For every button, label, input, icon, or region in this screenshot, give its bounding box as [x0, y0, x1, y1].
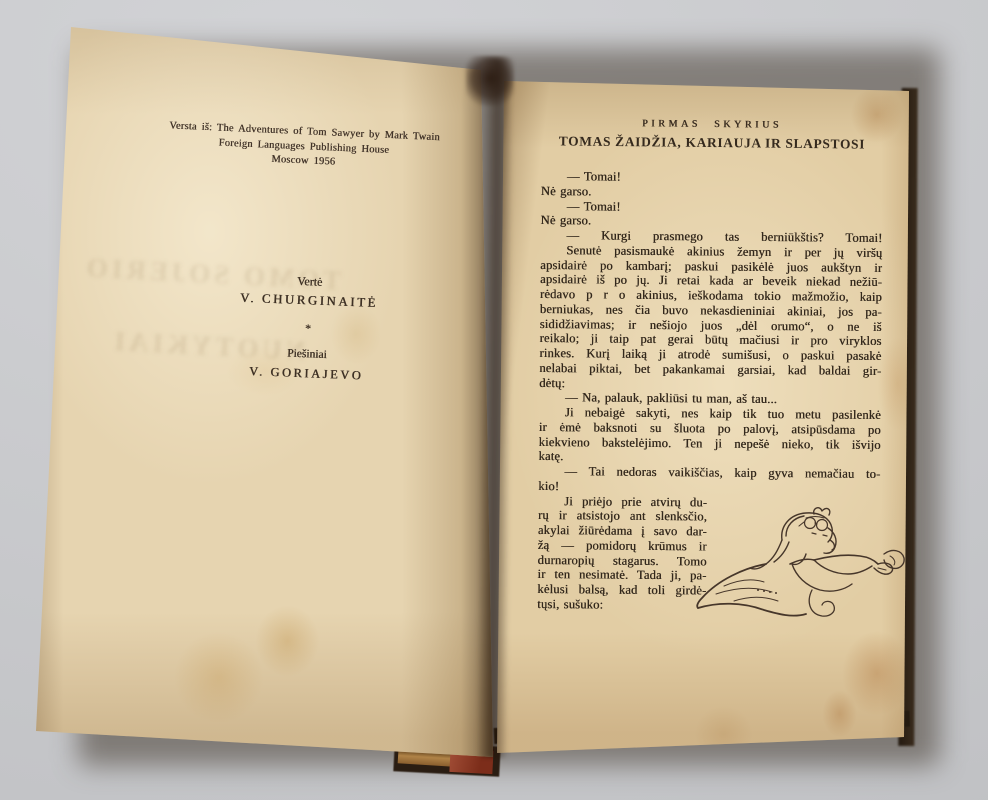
body-text-line: Ji priėjo prie atvirų du- [538, 493, 707, 509]
body-text-line: durnaropių stagarus. Tomo [538, 552, 707, 568]
book-photo: TOMO SOJERIONUOTYKIAI Versta iš: The Adv… [0, 0, 988, 800]
body-text-line: — Tomai! [541, 169, 883, 187]
translator-name: V. CHURGINAITĖ [221, 290, 397, 312]
body-text-line: kėlusi balsą, kad toli girdė- [537, 582, 706, 598]
body-text-line: akylai žiūrėdama į savo dar- [538, 523, 707, 539]
credits-block: Vertė V. CHURGINAITĖ * Piešiniai V. GORI… [218, 271, 398, 385]
aunt-polly-sketch-svg [694, 505, 908, 629]
aunt-polly-illustration [694, 505, 908, 629]
body-text-line: — Tai nedoras vaikiščias, kaip gyva nema… [538, 464, 880, 482]
body-text-line: tųsi, sušuko: [537, 597, 706, 613]
body-text-line: rų ir atsistojo ant slenksčio, [538, 508, 707, 524]
spine-gutter-shadow [476, 58, 514, 758]
asterisk-divider: * [220, 318, 396, 340]
body-text-line: ir ten nesimatė. Tada ji, pa- [537, 567, 706, 583]
body-text-line: kiekvieno bakstelėjimo. Ten ji nepešė ni… [539, 434, 881, 452]
body-text-line: žą — pomidorų krūmus ir [538, 538, 707, 554]
illustrator-label: Piešiniai [219, 345, 395, 364]
body-text-line: nelabai piktai, bet pakankamai garsiai, … [539, 361, 881, 379]
